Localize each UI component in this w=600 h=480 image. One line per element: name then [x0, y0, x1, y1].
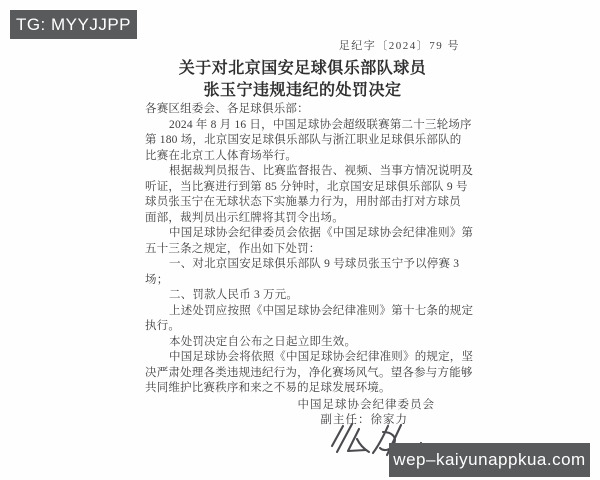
document-title-line2: 张玉宁违规违纪的处罚决定 [145, 80, 460, 102]
body-line: 中国足球协会纪律委员会依据《中国足球协会纪律准则》第 [145, 226, 460, 242]
body-line: 共同维护比赛秩序和来之不易的足球发展环境。 [145, 381, 460, 397]
screenshot-frame: TG: MYYJJPP 足纪字〔2024〕79 号 关于对北京国安足球俱乐部队球… [0, 0, 600, 480]
body-line: 决严肃处理各类违规违纪行为，净化赛场风气。望各参与方能够 [145, 366, 460, 382]
body-line: 面部，裁判员出示红牌将其罚令出场。 [145, 211, 460, 227]
closing-organization: 中国足球协会纪律委员会 [145, 396, 435, 412]
watermark-bottom-right: wep–kaiyunappkua.com [389, 443, 590, 477]
body-line: 中国足球协会将依照《中国足球协会纪律准则》的规定，坚 [145, 350, 460, 366]
body-line: 比赛在北京工人体育场举行。 [145, 149, 460, 165]
document-title-line1: 关于对北京国安足球俱乐部队球员 [145, 58, 460, 80]
body-line: 场； [145, 273, 460, 289]
watermark-top-left: TG: MYYJJPP [10, 10, 137, 39]
body-line: 球员张玉宁在无球状态下实施暴力行为，用肘部击打对方球员 [145, 195, 460, 211]
body-line: 第 180 场，北京国安足球俱乐部队与浙江职业足球俱乐部队的 [145, 133, 460, 149]
body-line: 执行。 [145, 319, 460, 335]
body-line: 上述处罚应按照《中国足球协会纪律准则》第十七条的规定 [145, 304, 460, 320]
body-line: 听证，当比赛进行到第 85 分钟时，北京国安足球俱乐部队 9 号 [145, 180, 460, 196]
body-line: 各赛区组委会、各足球俱乐部： [145, 102, 460, 118]
document-number: 足纪字〔2024〕79 号 [339, 37, 460, 53]
body-line: 五十三条之规定，作出如下处罚： [145, 242, 460, 258]
document-title: 关于对北京国安足球俱乐部队球员 张玉宁违规违纪的处罚决定 [145, 58, 460, 101]
body-line: 2024 年 8 月 16 日，中国足球协会超级联赛第二十三轮场序 [145, 118, 460, 134]
body-line: 二、罚款人民币 3 万元。 [145, 288, 460, 304]
body-line: 根据裁判员报告、比赛监督报告、视频、当事方情况说明及 [145, 164, 460, 180]
document-body: 各赛区组委会、各足球俱乐部： 2024 年 8 月 16 日，中国足球协会超级联… [145, 102, 460, 397]
body-line: 一、对北京国安足球俱乐部队 9 号球员张玉宁予以停赛 3 [145, 257, 460, 273]
body-line: 本处罚决定自公布之日起立即生效。 [145, 335, 460, 351]
